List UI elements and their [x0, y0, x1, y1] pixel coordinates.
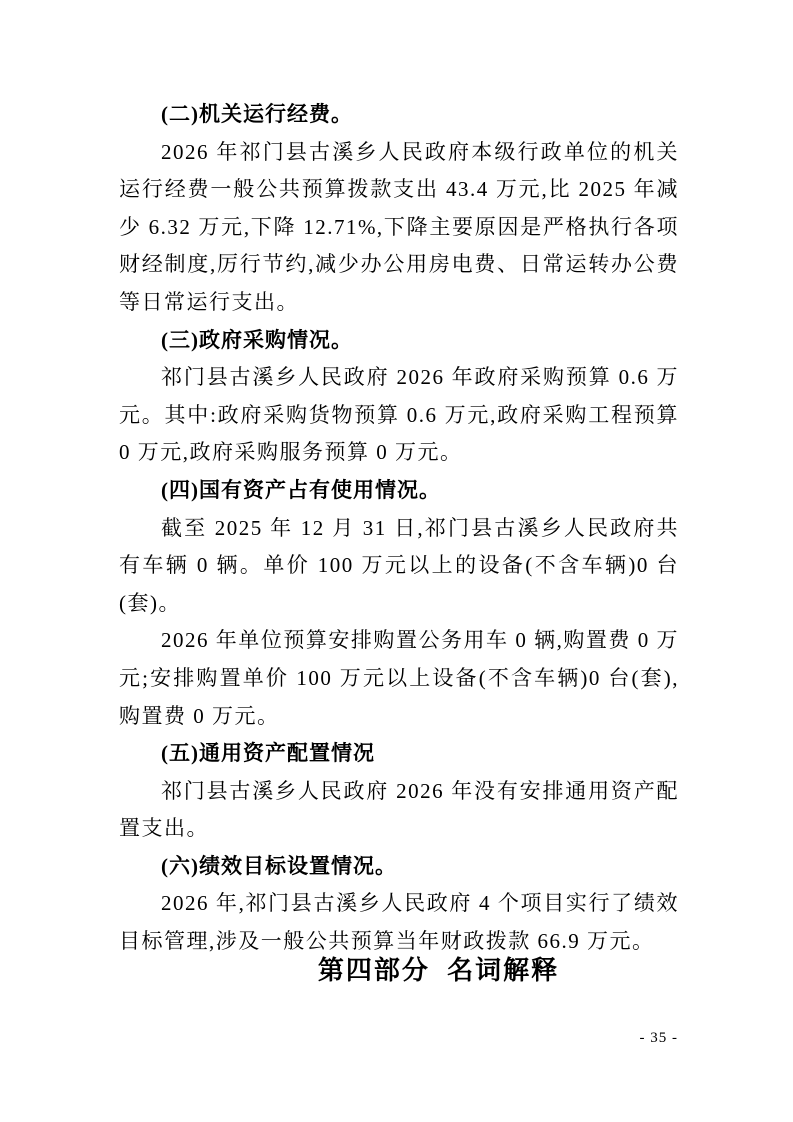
section-heading: (五)通用资产配置情况: [119, 735, 679, 773]
document-section: (三)政府采购情况。 祁门县古溪乡人民政府 2026 年政府采购预算 0.6 万…: [119, 322, 679, 472]
page-number: - 35 -: [640, 1030, 679, 1047]
part-heading: 第四部分 名词解释: [42, 950, 793, 987]
document-section: (四)国有资产占有使用情况。 截至 2025 年 12 月 31 日,祁门县古溪…: [119, 472, 679, 735]
document-section: (六)绩效目标设置情况。 2026 年,祁门县古溪乡人民政府 4 个项目实行了绩…: [119, 848, 679, 961]
paragraph: 祁门县古溪乡人民政府 2026 年没有安排通用资产配置支出。: [119, 773, 679, 848]
document-section: (五)通用资产配置情况 祁门县古溪乡人民政府 2026 年没有安排通用资产配置支…: [119, 735, 679, 848]
section-heading: (六)绩效目标设置情况。: [119, 848, 679, 886]
document-section: (二)机关运行经费。 2026 年祁门县古溪乡人民政府本级行政单位的机关运行经费…: [119, 96, 679, 322]
section-heading: (三)政府采购情况。: [119, 322, 679, 360]
paragraph: 2026 年单位预算安排购置公务用车 0 辆,购置费 0 万元;安排购置单价 1…: [119, 622, 679, 735]
document-page: (二)机关运行经费。 2026 年祁门县古溪乡人民政府本级行政单位的机关运行经费…: [0, 0, 793, 1122]
document-body: (二)机关运行经费。 2026 年祁门县古溪乡人民政府本级行政单位的机关运行经费…: [119, 96, 679, 961]
paragraph: 截至 2025 年 12 月 31 日,祁门县古溪乡人民政府共有车辆 0 辆。单…: [119, 510, 679, 623]
paragraph: 2026 年祁门县古溪乡人民政府本级行政单位的机关运行经费一般公共预算拨款支出 …: [119, 134, 679, 322]
section-heading: (四)国有资产占有使用情况。: [119, 472, 679, 510]
paragraph: 祁门县古溪乡人民政府 2026 年政府采购预算 0.6 万元。其中:政府采购货物…: [119, 359, 679, 472]
section-heading: (二)机关运行经费。: [119, 96, 679, 134]
